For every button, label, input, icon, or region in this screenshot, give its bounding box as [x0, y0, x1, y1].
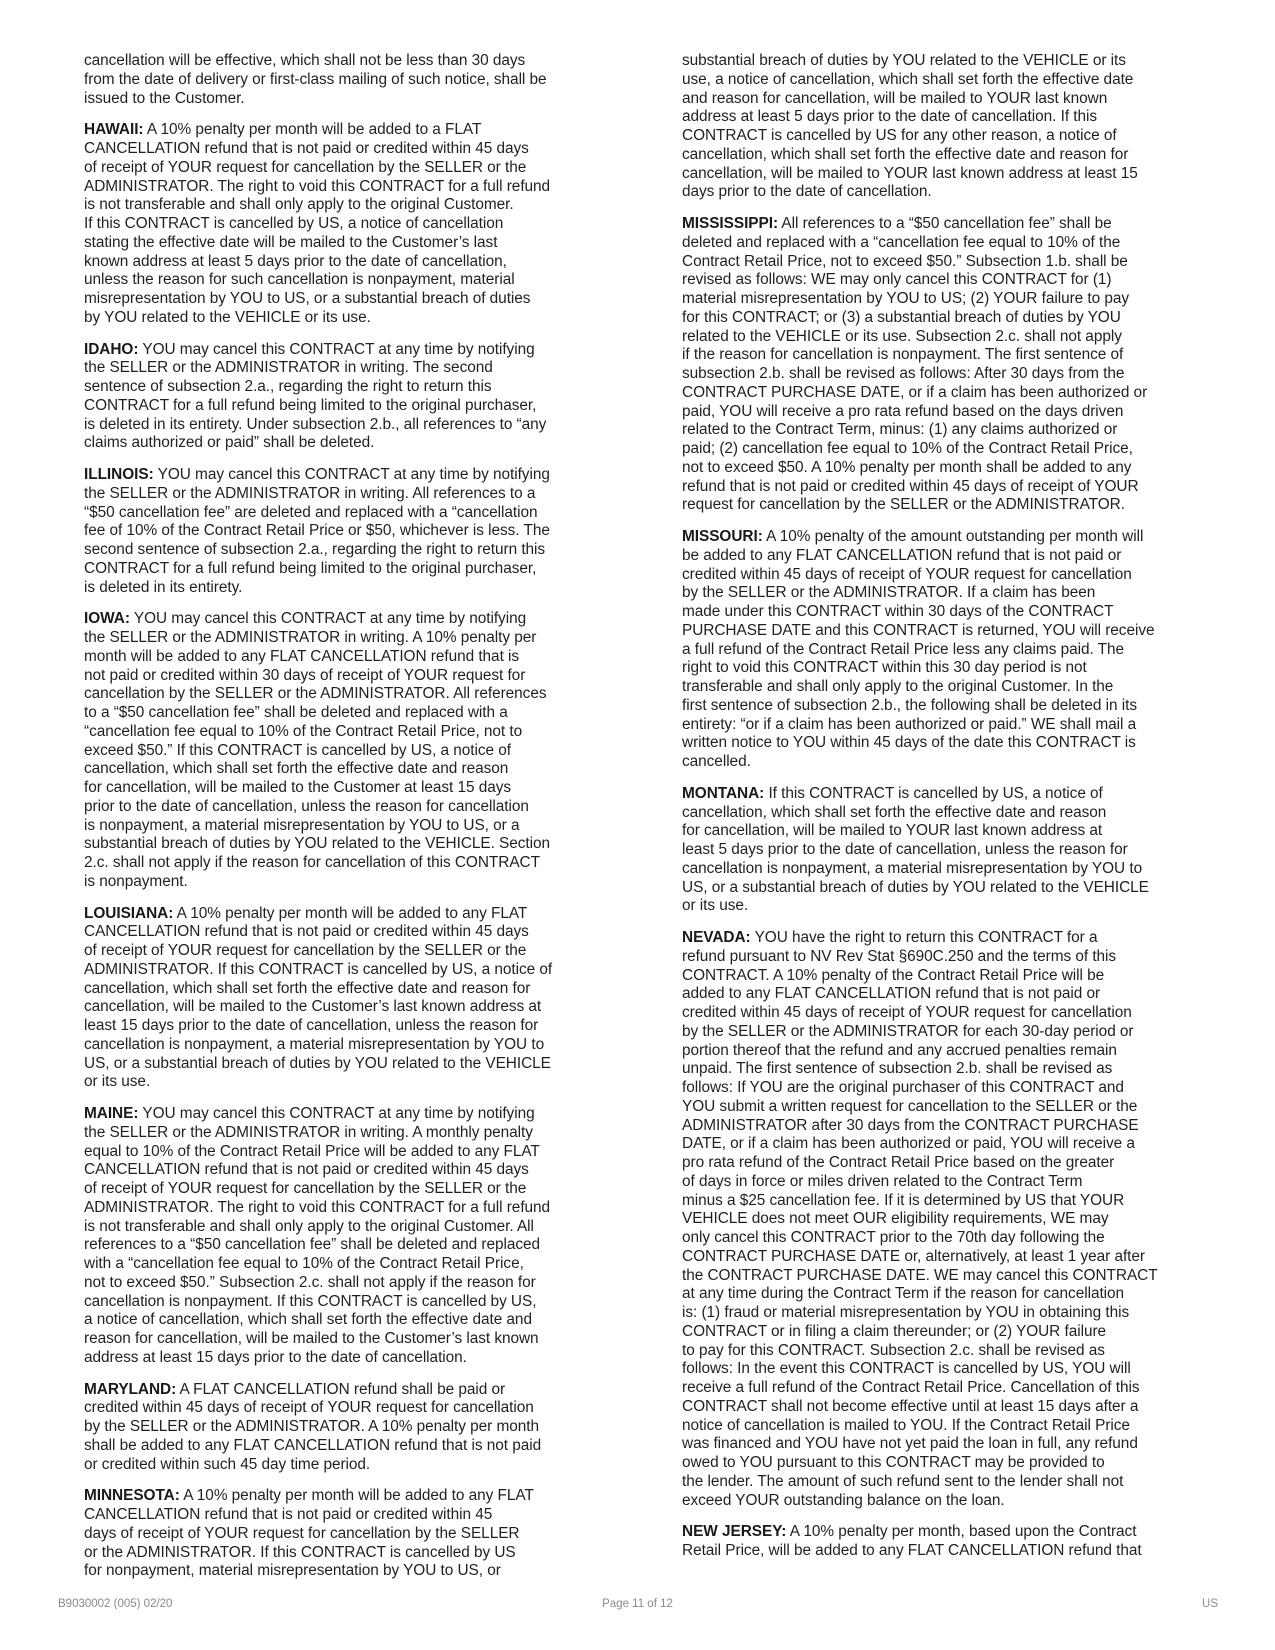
- paragraph-text: If this CONTRACT is cancelled by US, a n…: [682, 785, 1149, 915]
- state-heading-iowa: IOWA:: [84, 610, 130, 627]
- illinois-paragraph: ILLINOIS: YOU may cancel this CONTRACT a…: [84, 466, 620, 597]
- montana-paragraph: MONTANA: If this CONTRACT is cancelled b…: [682, 785, 1218, 916]
- paragraph-text: A 10% penalty per month will be added to…: [84, 905, 552, 1091]
- paragraph-text: YOU may cancel this CONTRACT at any time…: [84, 341, 546, 452]
- left-column: cancellation will be effective, which sh…: [84, 52, 620, 1594]
- state-heading-louisiana: LOUISIANA:: [84, 905, 173, 922]
- paragraph-text: YOU may cancel this CONTRACT at any time…: [84, 1105, 550, 1366]
- louisiana-paragraph: LOUISIANA: A 10% penalty per month will …: [84, 905, 620, 1093]
- state-heading-new-jersey: NEW JERSEY:: [682, 1523, 786, 1540]
- paragraph-text: YOU have the right to return this CONTRA…: [682, 929, 1158, 1509]
- footer-page-number: Page 11 of 12: [0, 1598, 1275, 1610]
- iowa-paragraph: IOWA: YOU may cancel this CONTRACT at an…: [84, 610, 620, 891]
- paragraph-text: All references to a “$50 cancellation fe…: [682, 215, 1147, 513]
- footer-region: US: [1202, 1598, 1218, 1610]
- right-column: substantial breach of duties by YOU rela…: [682, 52, 1218, 1574]
- state-heading-missouri: MISSOURI:: [682, 528, 763, 545]
- maine-paragraph: MAINE: YOU may cancel this CONTRACT at a…: [84, 1105, 620, 1368]
- document-page: cancellation will be effective, which sh…: [0, 0, 1275, 1650]
- paragraph-text: YOU may cancel this CONTRACT at any time…: [84, 466, 550, 596]
- state-heading-nevada: NEVADA:: [682, 929, 751, 946]
- minnesota-paragraph: MINNESOTA: A 10% penalty per month will …: [84, 1487, 620, 1581]
- paragraph-text: cancellation will be effective, which sh…: [84, 52, 547, 107]
- state-heading-hawaii: HAWAII:: [84, 121, 144, 138]
- state-heading-illinois: ILLINOIS:: [84, 466, 154, 483]
- state-heading-maine: MAINE:: [84, 1105, 138, 1122]
- state-heading-mississippi: MISSISSIPPI:: [682, 215, 778, 232]
- hawaii-paragraph: HAWAII: A 10% penalty per month will be …: [84, 121, 620, 327]
- paragraph-text: substantial breach of duties by YOU rela…: [682, 52, 1138, 200]
- paragraph-text: A 10% penalty per month will be added to…: [84, 121, 550, 326]
- new-jersey-paragraph: NEW JERSEY: A 10% penalty per month, bas…: [682, 1523, 1218, 1561]
- continuation-paragraph: cancellation will be effective, which sh…: [84, 52, 620, 108]
- state-heading-idaho: IDAHO:: [84, 341, 138, 358]
- nevada-paragraph: NEVADA: YOU have the right to return thi…: [682, 929, 1218, 1510]
- paragraph-text: YOU may cancel this CONTRACT at any time…: [84, 610, 550, 890]
- state-heading-maryland: MARYLAND:: [84, 1381, 176, 1398]
- continuation-paragraph: substantial breach of duties by YOU rela…: [682, 52, 1218, 202]
- missouri-paragraph: MISSOURI: A 10% penalty of the amount ou…: [682, 528, 1218, 772]
- maryland-paragraph: MARYLAND: A FLAT CANCELLATION refund sha…: [84, 1381, 620, 1475]
- state-heading-minnesota: MINNESOTA:: [84, 1487, 180, 1504]
- state-heading-montana: MONTANA:: [682, 785, 764, 802]
- paragraph-text: A 10% penalty of the amount outstanding …: [682, 528, 1154, 770]
- idaho-paragraph: IDAHO: YOU may cancel this CONTRACT at a…: [84, 341, 620, 454]
- mississippi-paragraph: MISSISSIPPI: All references to a “$50 ca…: [682, 215, 1218, 515]
